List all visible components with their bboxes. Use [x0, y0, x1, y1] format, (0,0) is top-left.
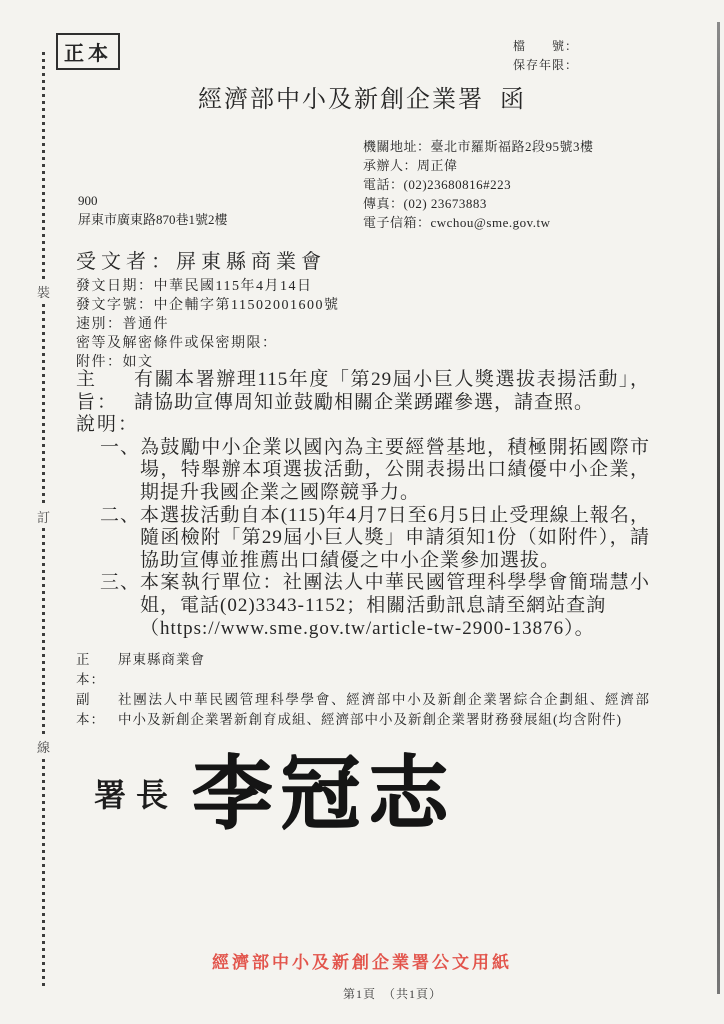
subject-content: 有關本署辦理115年度「第29屆小巨人獎選拔表揚活動」， 請協助宣傳周知並鼓勵相…	[134, 369, 650, 414]
item-number: 一、	[100, 437, 140, 505]
item-number: 二、	[100, 505, 140, 573]
document-body: 主旨： 有關本署辦理115年度「第29屆小巨人獎選拔表揚活動」， 請協助宣傳周知…	[76, 369, 650, 640]
official-document-page: 裝 訂 線 正本 檔 號： 保存年限： 經濟部中小及新創企業署函 機關地址：臺北…	[0, 0, 724, 1024]
binding-mark-xian: 線	[33, 735, 54, 758]
subject-line: 有關本署辦理115年度「第29屆小巨人獎選拔表揚活動」，	[134, 369, 650, 392]
agency-address-line: 機關地址：臺北市羅斯福路2段95號3樓	[363, 137, 594, 156]
issue-number-line: 發文字號：中企輔字第11502001600號	[76, 296, 339, 315]
fax-line: 傳真：(02) 23673883	[363, 194, 594, 213]
item-line: 隨函檢附「第29屆小巨人獎」申請須知1份（如附件），請	[140, 527, 650, 550]
item-line: 本選拔活動自本(115)年4月7日至6月5日止受理線上報名，	[140, 505, 650, 528]
item-line: 協助宣傳並推薦出口績優之中小企業參加選拔。	[140, 550, 650, 573]
item-content: 本選拔活動自本(115)年4月7日至6月5日止受理線上報名， 隨函檢附「第29屆…	[140, 505, 650, 573]
item-line: 期提升我國企業之國際競爭力。	[140, 482, 650, 505]
recipient-address-block: 900 屏東市廣東路870巷1號2樓	[78, 191, 228, 229]
page-indicator: 第1頁 （共1頁）	[343, 985, 442, 1002]
subject-label: 主旨：	[76, 369, 134, 414]
agency-contact-block: 機關地址：臺北市羅斯福路2段95號3樓 承辦人：周正偉 電話：(02)23680…	[363, 137, 594, 232]
subject-section: 主旨： 有關本署辦理115年度「第29屆小巨人獎選拔表揚活動」， 請協助宣傳周知…	[76, 369, 650, 414]
copies-block: 正本： 屏東縣商業會 副本： 社團法人中華民國管理科學學會、經濟部中小及新創企業…	[76, 650, 650, 730]
item-number: 三、	[100, 572, 140, 640]
cc-line: 社團法人中華民國管理科學學會、經濟部中小及新創企業署綜合企劃組、經濟部	[118, 690, 650, 710]
recipient-street-address: 屏東市廣東路870巷1號2樓	[78, 210, 228, 229]
official-paper-name: 經濟部中小及新創企業署公文用紙	[0, 948, 724, 973]
item-line: 為鼓勵中小企業以國內為主要經營基地，積極開拓國際市	[140, 437, 650, 460]
original-copy-row: 正本： 屏東縣商業會	[76, 650, 650, 690]
binding-mark-ding: 訂	[33, 505, 54, 528]
document-meta-block: 發文日期：中華民國115年4月14日 發文字號：中企輔字第11502001600…	[76, 277, 339, 372]
explanation-item-1: 一、 為鼓勵中小企業以國內為主要經營基地，積極開拓國際市 場，特舉辦本項選拔活動…	[76, 437, 650, 505]
document-type: 函	[500, 87, 526, 113]
item-line-url: （https://www.sme.gov.tw/article-tw-2900-…	[140, 618, 650, 641]
item-line: 場，特舉辦本項選拔活動，公開表揚出口績優中小企業，	[140, 459, 650, 482]
item-line: 姐，電話(02)3343-1152；相關活動訊息請至網站查詢	[140, 595, 650, 618]
contact-person-line: 承辦人：周正偉	[363, 156, 594, 175]
item-content: 為鼓勵中小企業以國內為主要經營基地，積極開拓國際市 場，特舉辦本項選拔活動，公開…	[140, 437, 650, 505]
original-copy-stamp: 正本	[56, 33, 120, 70]
signer-name-calligraphy: 李冠志	[192, 729, 456, 844]
document-title: 經濟部中小及新創企業署函	[0, 79, 724, 114]
priority-line: 速別：普通件	[76, 315, 339, 334]
original-copy-label: 正本：	[76, 650, 118, 690]
retention-period-label: 保存年限：	[513, 56, 578, 75]
classification-line: 密等及解密條件或保密期限：	[76, 334, 339, 353]
original-copy-value: 屏東縣商業會	[118, 650, 650, 690]
binding-mark-zhuang: 裝	[33, 280, 54, 303]
subject-line: 請協助宣傳周知並鼓勵相關企業踴躍參選，請查照。	[134, 392, 650, 415]
explanation-label: 說明：	[76, 414, 650, 437]
recipient-postal-code: 900	[78, 191, 228, 210]
issue-date-line: 發文日期：中華民國115年4月14日	[76, 277, 339, 296]
signer-title: 署長	[94, 770, 178, 816]
cc-copy-label: 副本：	[76, 690, 118, 730]
file-number-block: 檔 號： 保存年限：	[513, 37, 578, 75]
issuing-agency-name: 經濟部中小及新創企業署	[198, 87, 484, 113]
item-line: 本案執行單位：社團法人中華民國管理科學學會簡瑞慧小	[140, 572, 650, 595]
file-number-label: 檔 號：	[513, 37, 578, 56]
cc-copy-row: 副本： 社團法人中華民國管理科學學會、經濟部中小及新創企業署綜合企劃組、經濟部 …	[76, 690, 650, 730]
scan-edge-shadow	[717, 22, 720, 994]
explanation-item-3: 三、 本案執行單位：社團法人中華民國管理科學學會簡瑞慧小 姐，電話(02)334…	[76, 572, 650, 640]
item-content: 本案執行單位：社團法人中華民國管理科學學會簡瑞慧小 姐，電話(02)3343-1…	[140, 572, 650, 640]
cc-copy-value: 社團法人中華民國管理科學學會、經濟部中小及新創企業署綜合企劃組、經濟部 中小及新…	[118, 690, 650, 730]
signature-block: 署長 李冠志	[94, 726, 456, 846]
explanation-item-2: 二、 本選拔活動自本(115)年4月7日至6月5日止受理線上報名， 隨函檢附「第…	[76, 505, 650, 573]
recipient-line: 受文者：屏東縣商業會	[76, 245, 326, 274]
phone-line: 電話：(02)23680816#223	[363, 175, 594, 194]
email-line: 電子信箱：cwchou@sme.gov.tw	[363, 213, 594, 232]
